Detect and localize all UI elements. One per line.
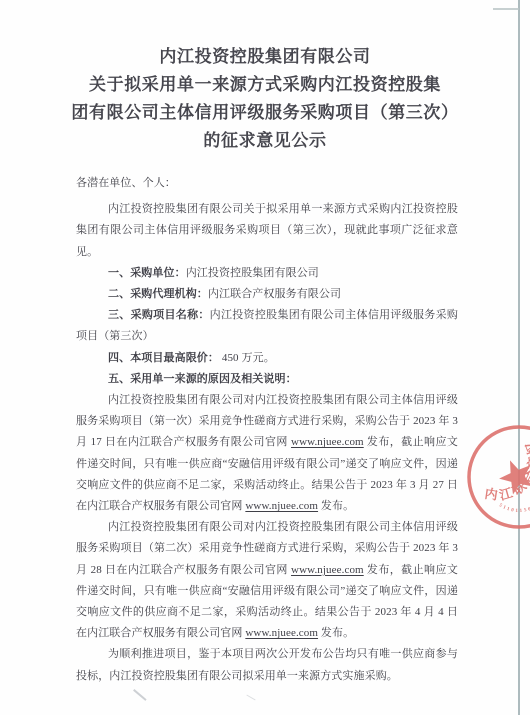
salutation: 各潜在单位、个人： — [76, 173, 458, 194]
seal-serial: 51101150 — [498, 503, 530, 514]
item-label: 五、采用单一来源的原因及相关说明： — [108, 373, 297, 385]
scan-artifact — [133, 689, 146, 700]
scan-edge-line-horizontal — [493, 8, 519, 10]
website-link[interactable]: www.njuee.com — [291, 436, 364, 448]
paragraph: 内江投资控股集团有限公司对内江投资控股集团有限公司主体信用评级服务采购项目（第一… — [76, 390, 458, 517]
paragraph: 四、本项目最高限价： 450 万元。 — [76, 348, 458, 369]
paragraph: 内江投资控股集团有限公司关于拟采用单一来源方式采购内江投资控股集团有限公司主体信… — [76, 199, 458, 263]
company-seal: 内江联合产权 51101150 — [440, 405, 530, 540]
paragraph: 为顺利推进项目，鉴于本项目两次公开发布公告均只有唯一供应商参与投标，内江投资控股… — [76, 644, 458, 686]
paragraph-text: 为顺利推进项目，鉴于本项目两次公开发布公告均只有唯一供应商参与投标，内江投资控股… — [76, 648, 458, 681]
paragraph-text: 内江联合产权服务有限公司 — [208, 288, 341, 300]
paragraph-list: 内江投资控股集团有限公司关于拟采用单一来源方式采购内江投资控股集团有限公司主体信… — [76, 199, 458, 687]
paragraph: 三、采购项目名称：内江投资控股集团有限公司主体信用评级服务采购项目（第三次） — [76, 305, 458, 347]
item-label: 三、采购项目名称： — [108, 309, 210, 321]
document-body: 各潜在单位、个人： 内江投资控股集团有限公司关于拟采用单一来源方式采购内江投资控… — [76, 173, 458, 687]
paragraph: 五、采用单一来源的原因及相关说明： — [76, 369, 458, 390]
paragraph: 二、采购代理机构：内江联合产权服务有限公司 — [76, 284, 458, 305]
scanned-document-page: 内江投资控股集团有限公司 关于拟采用单一来源方式采购内江投资控股集 团有限公司主… — [0, 0, 530, 715]
paragraph-text: 发布。 — [318, 500, 354, 512]
website-link[interactable]: www.njuee.com — [245, 627, 318, 639]
website-link[interactable]: www.njuee.com — [245, 500, 318, 512]
scan-artifact — [246, 695, 255, 701]
item-label: 四、本项目最高限价： — [108, 352, 219, 364]
title-line-3: 团有限公司主体信用评级服务采购项目（第三次） — [0, 99, 530, 127]
document-title: 内江投资控股集团有限公司 关于拟采用单一来源方式采购内江投资控股集 团有限公司主… — [0, 43, 530, 155]
paragraph: 一、采购单位：内江投资控股集团有限公司 — [76, 263, 458, 284]
title-line-1: 内江投资控股集团有限公司 — [0, 43, 530, 71]
paragraph-text: 450 万元。 — [219, 352, 275, 364]
item-label: 二、采购代理机构： — [108, 288, 208, 300]
paragraph-text: 内江投资控股集团有限公司关于拟采用单一来源方式采购内江投资控股集团有限公司主体信… — [76, 203, 458, 257]
paragraph-text: 发布。 — [318, 627, 354, 639]
title-line-4: 的征求意见公示 — [0, 127, 530, 155]
website-link[interactable]: www.njuee.com — [291, 564, 364, 576]
paragraph: 内江投资控股集团有限公司对内江投资控股集团有限公司主体信用评级服务采购项目（第二… — [76, 517, 458, 644]
item-label: 一、采购单位： — [108, 267, 186, 279]
title-line-2: 关于拟采用单一来源方式采购内江投资控股集 — [0, 71, 530, 99]
paragraph-text: 内江投资控股集团有限公司 — [186, 267, 319, 279]
